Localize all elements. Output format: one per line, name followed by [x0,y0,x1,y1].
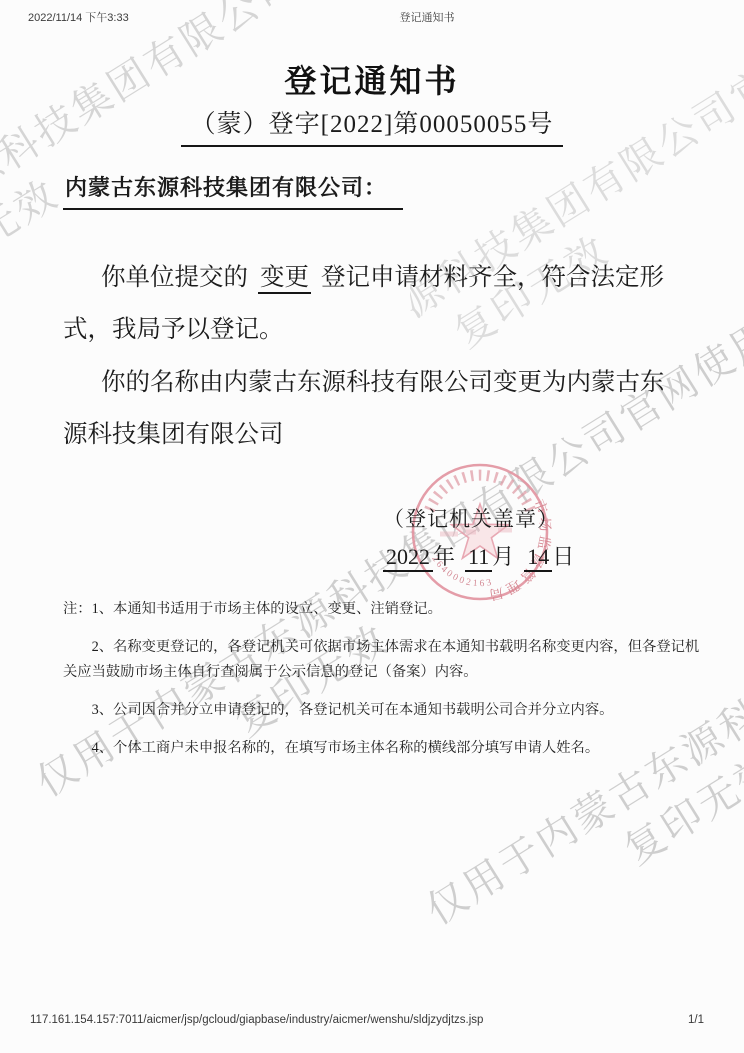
year-unit: 年 [433,544,455,569]
note-item-1: 注：1、本通知书适用于市场主体的设立、变更、注销登记。 [63,597,711,622]
para2-line1: 你的名称由内蒙古东源科技有限公司变更为内蒙古东 [101,369,665,396]
page-title: 登记通知书 [0,56,744,102]
addressee-line: 内蒙古东源科技集团有限公司： [63,171,403,210]
print-timestamp: 2022/11/14 下午3:33 [28,9,129,25]
notes-section: 注：1、本通知书适用于市场主体的设立、变更、注销登记。 2、名称变更登记的，各登… [63,597,711,774]
issue-month: 11 [465,544,492,572]
para1-prefix: 你单位提交的 [101,264,248,291]
note-item-3: 3、公司因合并分立申请登记的，各登记机关可在本通知书载明公司合并分立内容。 [63,698,711,723]
note-item-4: 4、个体工商户未申报名称的，在填写市场主体名称的横线部分填写申请人姓名。 [63,736,711,761]
seal-caption: （登记机关盖章） [383,503,559,533]
note-item-2: 2、名称变更登记的，各登记机关可依据市场主体需求在本通知书载明名称变更内容，但各… [63,635,711,685]
body-paragraph-1: 你单位提交的变更登记申请材料齐全，符合法定形式，我局予以登记。 [63,252,703,356]
document-number: （蒙）登字[2022]第00050055号 [181,104,564,147]
document-sheet: 仅用于内蒙古东源科技集团有限公司官网使用 复印无效 仅用于内蒙古东源科技集团有限… [0,0,744,1053]
day-unit: 日 [552,544,574,569]
issue-date: 2022年11月14日 [383,540,574,571]
body-paragraph-2: 你的名称由内蒙古东源科技有限公司变更为内蒙古东源科技集团有限公司 [63,357,703,461]
registration-type-underlined: 变更 [258,264,311,294]
para2-line2: 源科技集团有限公司 [63,409,284,461]
print-footer-page-indicator: 1/1 [688,1014,704,1026]
print-footer-url: 117.161.154.157:7011/aicmer/jsp/gcloud/g… [30,1014,483,1026]
issue-day: 14 [524,544,552,572]
month-unit: 月 [492,544,514,569]
document-number-row: （蒙）登字[2022]第00050055号 [0,104,744,147]
issue-year: 2022 [383,544,433,572]
print-doc-title: 登记通知书 [400,9,455,25]
